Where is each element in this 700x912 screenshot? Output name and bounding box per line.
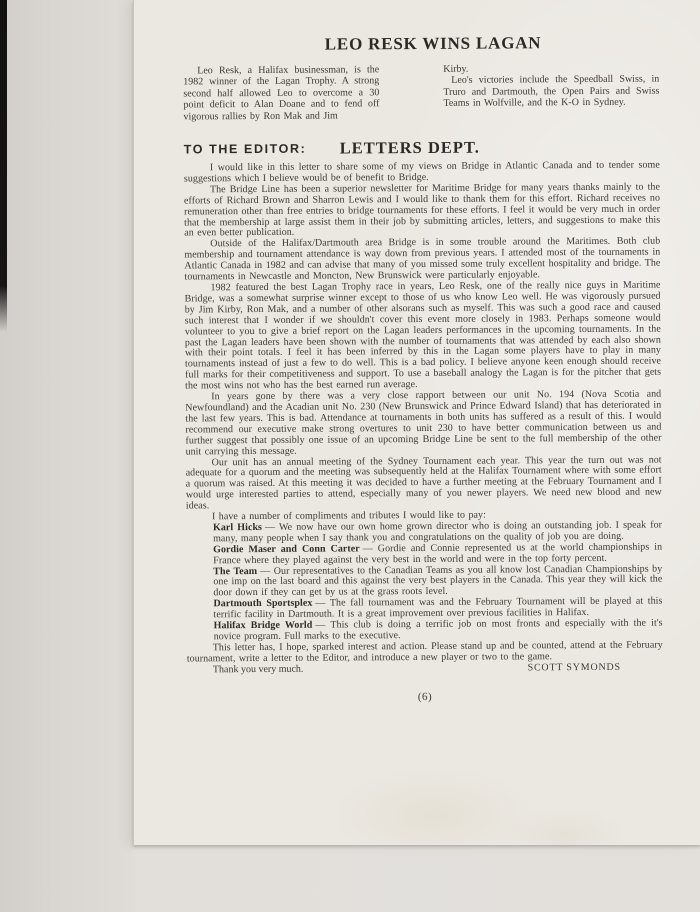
column-gutter bbox=[379, 64, 443, 121]
article-column-left: Leo Resk, a Halifax businessman, is the … bbox=[183, 64, 379, 122]
section-title: LETTERS DEPT. bbox=[340, 138, 480, 159]
document-page: LEO RESK WINS LAGAN Leo Resk, a Halifax … bbox=[133, 0, 700, 845]
article-paragraph: Leo's victories include the Speedball Sw… bbox=[443, 74, 659, 110]
letter-paragraph: Our unit has an annual meeting of the Sy… bbox=[186, 455, 662, 512]
page-content: LEO RESK WINS LAGAN Leo Resk, a Halifax … bbox=[183, 33, 663, 705]
paragraph-text: In years gone by there was a very close … bbox=[185, 389, 661, 457]
scanned-newsletter-page: LEO RESK WINS LAGAN Leo Resk, a Halifax … bbox=[0, 0, 700, 912]
paragraph-text: This letter has, I hope, sparked interes… bbox=[187, 639, 663, 664]
article-columns: Leo Resk, a Halifax businessman, is the … bbox=[183, 63, 659, 123]
article-paragraph: Leo Resk, a Halifax businessman, is the … bbox=[183, 64, 379, 122]
paragraph-text: The Bridge Line has been a superior news… bbox=[184, 181, 660, 239]
letter-paragraph: Outside of the Halifax/Dartmouth area Br… bbox=[184, 237, 660, 284]
paragraph-text: — Our representatives to the Canadian Te… bbox=[213, 563, 662, 599]
paragraph-text: Outside of the Halifax/Dartmouth area Br… bbox=[184, 236, 660, 283]
letter-closing-row: Thank you very much. SCOTT SYMONDS bbox=[187, 662, 663, 676]
letters-section-header: TO THE EDITOR: LETTERS DEPT. bbox=[184, 137, 660, 159]
letter-paragraph: The Bridge Line has been a superior news… bbox=[184, 182, 660, 239]
tribute-paragraph: The Team— Our representatives to the Can… bbox=[213, 564, 662, 599]
scan-edge-artifact bbox=[0, 0, 7, 332]
tribute-name: The Team bbox=[213, 566, 257, 577]
tribute-name: Dartmouth Sportsplex bbox=[213, 598, 312, 610]
letter-paragraph: 1982 featured the best Lagan Trophy race… bbox=[185, 281, 662, 393]
paragraph-text: Our unit has an annual meeting of the Sy… bbox=[186, 454, 662, 512]
signature: SCOTT SYMONDS bbox=[528, 663, 621, 674]
letter-paragraph: In years gone by there was a very close … bbox=[185, 390, 661, 458]
tribute-name: Karl Hicks bbox=[213, 522, 262, 533]
paragraph-text: 1982 featured the best Lagan Trophy race… bbox=[185, 280, 662, 392]
article-column-right: Kirby. Leo's victories include the Speed… bbox=[443, 63, 659, 121]
letter-body: I would like in this letter to share som… bbox=[184, 161, 663, 676]
section-kicker: TO THE EDITOR: bbox=[184, 142, 307, 157]
closing-text: Thank you very much. bbox=[213, 664, 304, 675]
paragraph-text: I would like in this letter to share som… bbox=[184, 160, 660, 185]
article-title: LEO RESK WINS LAGAN bbox=[207, 33, 659, 56]
tribute-name: Halifax Bridge World bbox=[214, 620, 313, 632]
paragraph-text: — We now have our own home grown directo… bbox=[213, 519, 662, 544]
page-number: (6) bbox=[187, 689, 663, 704]
